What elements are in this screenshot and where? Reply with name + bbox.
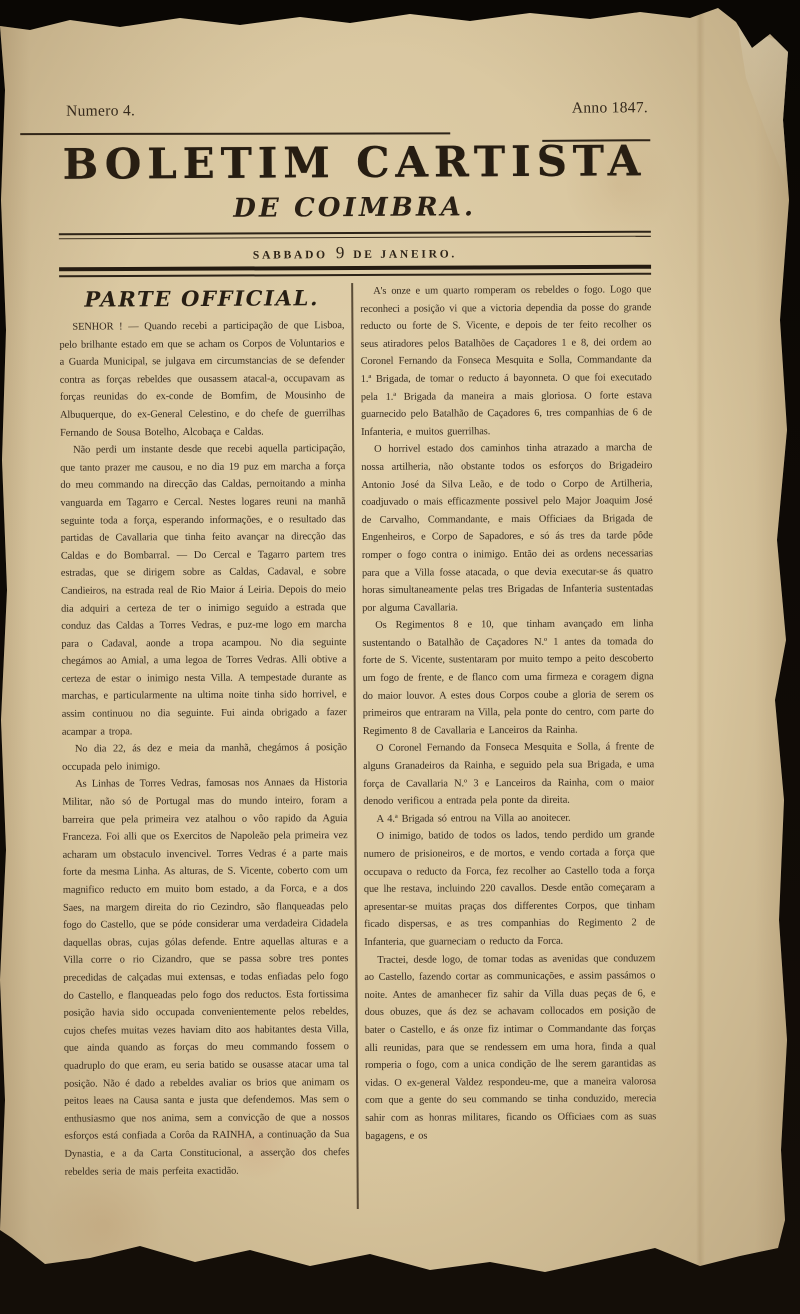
double-rule xyxy=(59,231,651,240)
paper-sheet: Numero 4. Anno 1847. BOLETIM CARTISTA DE… xyxy=(0,0,800,1314)
article-columns: PARTE OFFICIAL. SENHOR ! — Quando recebi… xyxy=(59,281,657,1217)
body-paragraph: Não perdi um instante desde que recebi a… xyxy=(60,440,347,741)
left-column: PARTE OFFICIAL. SENHOR ! — Quando recebi… xyxy=(59,283,350,1217)
body-paragraph: O Coronel Fernando da Fonseca Mesquita e… xyxy=(363,739,654,811)
body-paragraph: As Linhas de Torres Vedras, famosas nos … xyxy=(62,774,349,1180)
printed-area: Numero 4. Anno 1847. BOLETIM CARTISTA DE… xyxy=(58,93,657,1217)
body-paragraph: A 4.ª Brigada só entrou na Villa ao anoi… xyxy=(363,809,654,828)
section-heading: PARTE OFFICIAL. xyxy=(59,285,344,312)
body-paragraph: Os Regimentos 8 e 10, que tinham avançad… xyxy=(362,615,654,740)
body-paragraph: A's onze e um quarto romperam os rebelde… xyxy=(360,281,652,441)
body-paragraph: No dia 22, ás dez e meia da manhã, chegá… xyxy=(62,739,347,776)
dateline-number: 9 xyxy=(332,243,349,262)
column-divider-rule xyxy=(351,283,359,1209)
newspaper-subtitle: DE COIMBRA. xyxy=(59,191,651,225)
dateline-month: DE JANEIRO. xyxy=(353,248,457,261)
dateline: SABBADO 9 DE JANEIRO. xyxy=(59,241,651,265)
newspaper-title: BOLETIM CARTISTA xyxy=(58,137,650,189)
masthead: Numero 4. Anno 1847. BOLETIM CARTISTA DE… xyxy=(58,93,651,278)
dateline-day: SABBADO xyxy=(253,249,328,261)
folded-corner xyxy=(728,18,794,178)
rule-under-issue-number xyxy=(20,132,450,135)
issue-year: Anno 1847. xyxy=(572,99,648,117)
body-paragraph: O horrivel estado dos caminhos tinha atr… xyxy=(361,440,653,618)
body-paragraph: SENHOR ! — Quando recebi a participação … xyxy=(59,317,345,442)
issue-row: Numero 4. Anno 1847. xyxy=(58,93,650,121)
right-column: A's onze e um quarto romperam os rebelde… xyxy=(360,281,657,1215)
issue-number: Numero 4. xyxy=(66,102,135,120)
scanned-newspaper-page: Numero 4. Anno 1847. BOLETIM CARTISTA DE… xyxy=(0,0,800,1314)
body-paragraph: Tractei, desde logo, de tomar todas as a… xyxy=(364,950,656,1145)
body-paragraph: O inimigo, batido de todos os lados, ten… xyxy=(363,827,655,952)
thick-rule xyxy=(59,265,651,278)
